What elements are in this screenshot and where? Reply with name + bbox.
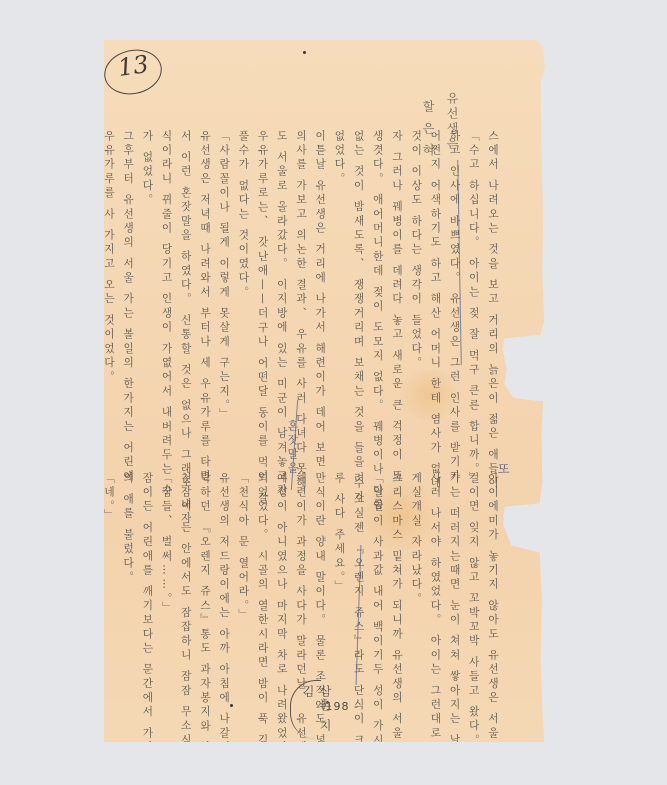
page-number: - 198 -	[316, 700, 359, 713]
text-column: 서 이런 혼잣말을 하였다。 신통할 것은 없으나 그래도 내자	[176, 130, 195, 440]
handwritten-annotation: 또	[498, 460, 513, 477]
text-column: 의사를 가보고 의논한 결과、 우유를 사러 다녀다 못해	[291, 130, 310, 440]
text-column: 가 없었다。	[137, 130, 156, 440]
text-column: 사러 나서야 하였었다。 아이는 그런대로 노랑꽃이 피며	[425, 472, 444, 762]
text-column: 예정이 아니였으나 마지막 차로 나려왔었다。 열한시나	[272, 472, 291, 762]
text-column: 식이라니 뀌줄이 당기고 인생이 가엾어서 내버려두는 수	[156, 130, 175, 440]
text-column: 잠이든 어린애를 깨기보다는 문간에서 가까운 아랫방	[137, 472, 156, 762]
handwritten-annotation: 할 은 혀	[420, 100, 437, 159]
text-column: 「천식아 문 열어라。」	[233, 472, 252, 762]
text-column: 것이 이상도 하다는 생각이 들었다。	[406, 130, 425, 440]
circled-page-number: 13	[116, 50, 150, 82]
text-column: 길이면 잊지 않고 꼬박꼬박 사들고 왔다。 그러지 않았다	[464, 472, 483, 762]
punch-dot	[303, 51, 306, 54]
text-column: 「수고 하십니다。 아이는 젖 잘 먹구 큰른 합니까。」	[464, 130, 483, 440]
upper-text-block: 스에서 나려오는 것을 보고 거리의 늙은이 젊은 애들이「수고 하십니다。 아…	[80, 130, 502, 440]
text-column: 「일일이 사과값 내어 백이기두 성이 가시니、 이번 내	[368, 472, 387, 762]
text-column: 「이번엔 우유가루 한 댓통 사가지구 오세요。」	[80, 130, 99, 440]
handwritten-annotation: 유선생은	[444, 92, 461, 152]
text-column: 아이에미가 놓기지 않아도 유선생은 서울 갔다가 오는	[483, 472, 502, 762]
text-column: 유선생의 저드랑이에는 아까 아침에 나갈제 안해가 부	[214, 472, 233, 762]
text-column: 가는 떠러지는때면 눈이 쳐쳐 쌓아지는 날도 우유가루를	[444, 472, 463, 762]
text-column: 게실개실 자라났다。	[406, 472, 425, 762]
text-column: 이튿날 유선생은 거리에 나가서 해련이가 데어 보면	[310, 130, 329, 440]
text-column: 우유가루를 사 가지고 오는 것이었다。	[99, 130, 118, 440]
text-column: 스에서 나려오는 것을 보고 거리의 늙은이 젊은 애들이	[483, 130, 502, 440]
manuscript-page: 13 스에서 나려오는 것을 보고 거리의 늙은이 젊은 애들이「수고 하십니다…	[104, 40, 554, 742]
text-column: 우유가루로는、 갓난애——더구나 어떤달 동이를 먹어 갈	[252, 130, 271, 440]
text-column: 유선생은 저녁때 나려와서 부터나 세 우유가루를 타면	[195, 130, 214, 440]
text-column: 하고 인사에 바쁘였다。 유선생은 그런 인사를 받기가	[444, 130, 463, 440]
text-column: 풀수가 없다는 것이였다。	[233, 130, 252, 440]
text-column: 의 애를 불렀다。	[118, 472, 137, 762]
text-column: 자 그러나 꿰병이를 데려다 놓고 새로운 큰 걱정이 또	[387, 130, 406, 440]
text-column: 생겻다。 애어머니한데 젖이 도모지 없다。 꿰병이나 다름	[368, 130, 387, 440]
text-column: 어쩐지 어색하기도 하고 해산 어머니 한테 염사가 없네	[425, 130, 444, 440]
text-column: 없었다。	[329, 130, 348, 440]
text-column: 하고 아랫방에서 천대의 대답이 나며 나오는 기척이었	[80, 472, 99, 762]
text-column: 없는 것이 밤새도록、 쟁쟁거리며 보채는 것을 들을 수가	[348, 130, 367, 440]
text-column: 크리스마스 밑쳐가 되니까 유선생의 서울 출입은 잦었다。	[387, 472, 406, 762]
text-column: 되었었다。 시골의 열한시라면 밤이 푹 깊었었다。	[252, 472, 271, 762]
text-column: 탁하던 『오렌지 쥬스』통도 과자봉지와 함께 끼워 있었다。	[195, 472, 214, 762]
handwritten-signature: 삼촌 치 김	[300, 685, 334, 742]
text-column: 「네。」	[99, 472, 118, 762]
text-column: 「잠들、 벌써……。」	[156, 472, 175, 762]
text-column: 도 서울로 올라갔다。 이지방에 있는 미군이 남겨놓고간	[272, 130, 291, 440]
text-column: 그후부터 유선생의 서울 가는 볼일의 한가지는 어린애	[118, 130, 137, 440]
text-column: 「사람꼴이나 될게 이렇게 못살게 구는지。」	[214, 130, 233, 440]
text-column: 첫잠이 든 안에서도 잠잡하니 잠잠 무소식이다。	[176, 472, 195, 762]
